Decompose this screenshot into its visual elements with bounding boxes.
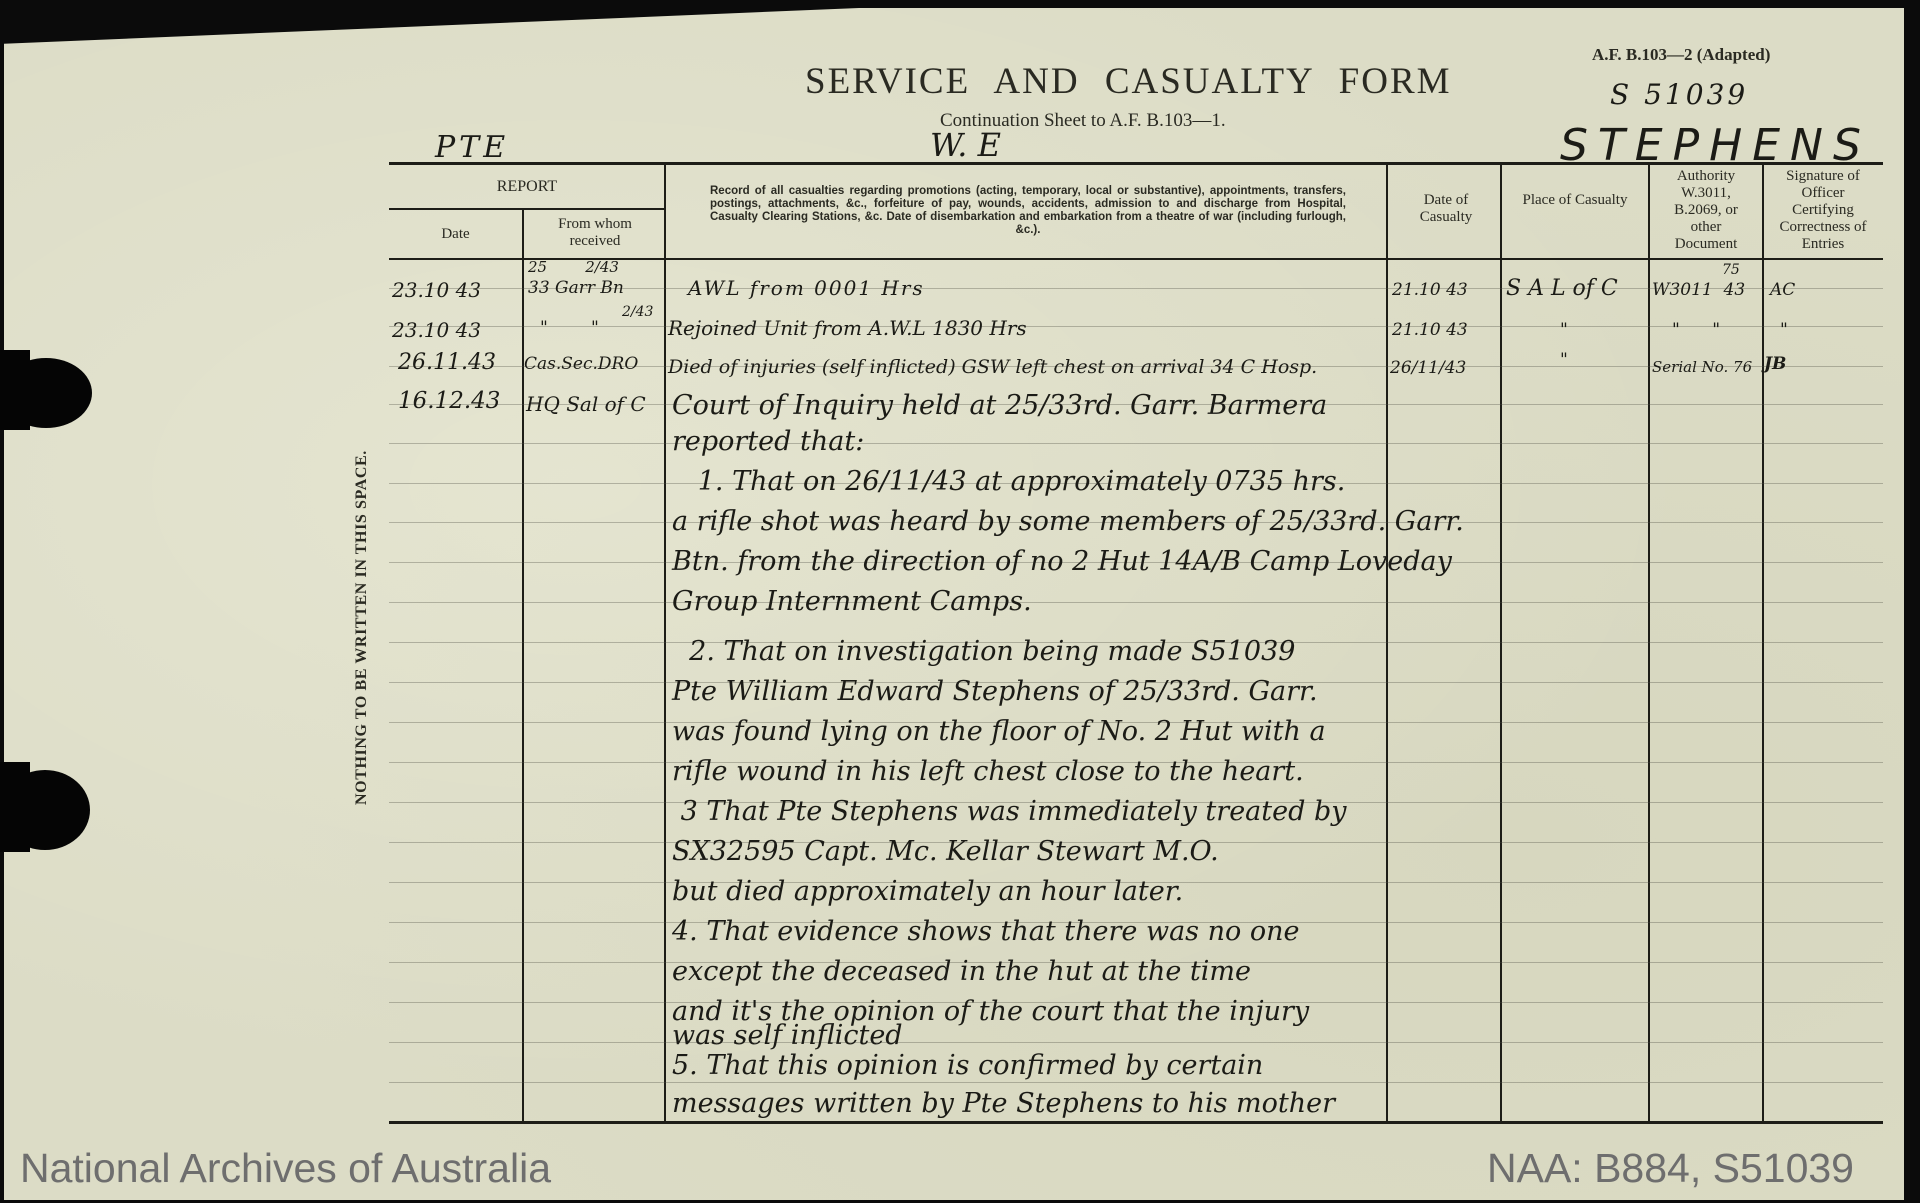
form-title: SERVICE AND CASUALTY FORM — [805, 60, 1452, 103]
entry-date: 23.10 43 — [392, 318, 481, 342]
header-place-of-casualty: Place of Casualty — [1520, 192, 1630, 209]
punch-hole-top-tail — [0, 350, 30, 430]
entry-signature: " — [1780, 320, 1788, 340]
narrative-line: SX32595 Capt. Mc. Kellar Stewart M.O. — [672, 836, 1219, 867]
entry-place: S A L of C — [1506, 276, 1618, 301]
header-signature: Signature of Officer Certifying Correctn… — [1770, 168, 1876, 253]
narrative-line: a rifle shot was heard by some members o… — [672, 506, 1464, 537]
entry-authority: W3011 43 — [1652, 280, 1745, 300]
narrative-line: except the deceased in the hut at the ti… — [672, 956, 1251, 987]
entry-record: Rejoined Unit from A.W.L 1830 Hrs — [668, 316, 1027, 340]
header-from-whom: From whom received — [540, 216, 650, 250]
entry-from-whom: " " — [540, 318, 599, 338]
entry-place: " — [1560, 350, 1568, 370]
entry-record: Court of Inquiry held at 25/33rd. Garr. … — [672, 390, 1327, 421]
narrative-line: 1. That on 26/11/43 at approximately 073… — [672, 466, 1345, 497]
header-authority: Authority W.3011, B.2069, or other Docum… — [1660, 168, 1752, 253]
narrative-line: but died approximately an hour later. — [672, 876, 1183, 907]
report-divider-line — [389, 208, 665, 210]
entry-date: 23.10 43 — [392, 278, 481, 302]
entry-signature: JB — [1764, 354, 1786, 374]
header-report: REPORT — [389, 178, 665, 195]
header-record: Record of all casualties regarding promo… — [710, 185, 1346, 237]
entry-from-whom: HQ Sal of C — [526, 392, 646, 416]
table-top-line — [389, 162, 1883, 165]
entry-record: AWL from 0001 Hrs — [688, 276, 925, 300]
entry-date-of-casualty: 21.10 43 — [1392, 320, 1468, 340]
entry-authority: " " — [1672, 320, 1720, 340]
header-date-of-casualty: Date of Casualty — [1400, 192, 1492, 226]
entry-from-note: 2/43 — [622, 304, 653, 320]
archive-reference: NAA: B884, S51039 — [1487, 1145, 1854, 1192]
archive-name: National Archives of Australia — [20, 1145, 551, 1192]
narrative-line: reported that: — [672, 426, 864, 457]
narrative-line: messages written by Pte Stephens to his … — [672, 1088, 1335, 1119]
entry-from-whom: 33 Garr Bn — [528, 278, 624, 298]
entry-authority: Serial No. 76 — [1652, 358, 1752, 376]
narrative-line: 3 That Pte Stephens was immediately trea… — [672, 796, 1347, 827]
narrative-line: 5. That this opinion is confirmed by cer… — [672, 1050, 1263, 1081]
entry-date: 16.12.43 — [398, 388, 500, 414]
entry-authority-note: 75 — [1722, 262, 1740, 278]
rank: PTE — [435, 130, 509, 165]
narrative-line: Pte William Edward Stephens of 25/33rd. … — [672, 676, 1318, 707]
narrative-line: was found lying on the floor of No. 2 Hu… — [672, 716, 1326, 747]
entry-from-note: 25 2/43 — [528, 258, 619, 276]
entry-record: Died of injuries (self inflicted) GSW le… — [668, 356, 1317, 378]
entry-date-of-casualty: 21.10 43 — [1392, 280, 1468, 300]
serial-number: S 51039 — [1610, 78, 1748, 111]
narrative-line: was self inflicted — [672, 1020, 903, 1051]
initials: W. E — [930, 126, 1001, 164]
entry-place: " — [1560, 320, 1568, 340]
table-bottom-line — [389, 1121, 1883, 1124]
entry-date-of-casualty: 26/11/43 — [1390, 358, 1466, 378]
col-line-date — [522, 208, 524, 1121]
margin-note: NOTHING TO BE WRITTEN IN THIS SPACE. — [353, 450, 371, 805]
entry-date: 26.11.43 — [398, 350, 496, 375]
narrative-line: Btn. from the direction of no 2 Hut 14A/… — [672, 546, 1452, 577]
narrative-line: 2. That on investigation being made S510… — [672, 636, 1295, 667]
narrative-line: 4. That evidence shows that there was no… — [672, 916, 1299, 947]
entry-signature: AC — [1770, 280, 1795, 300]
form-number: A.F. B.103—2 (Adapted) — [1592, 45, 1770, 65]
entry-from-whom: Cas.Sec.DRO — [524, 354, 638, 374]
punch-hole-bottom-tail — [0, 762, 30, 852]
narrative-line: rifle wound in his left chest close to t… — [672, 756, 1304, 787]
header-date: Date — [389, 226, 522, 243]
narrative-line: Group Internment Camps. — [672, 586, 1032, 617]
